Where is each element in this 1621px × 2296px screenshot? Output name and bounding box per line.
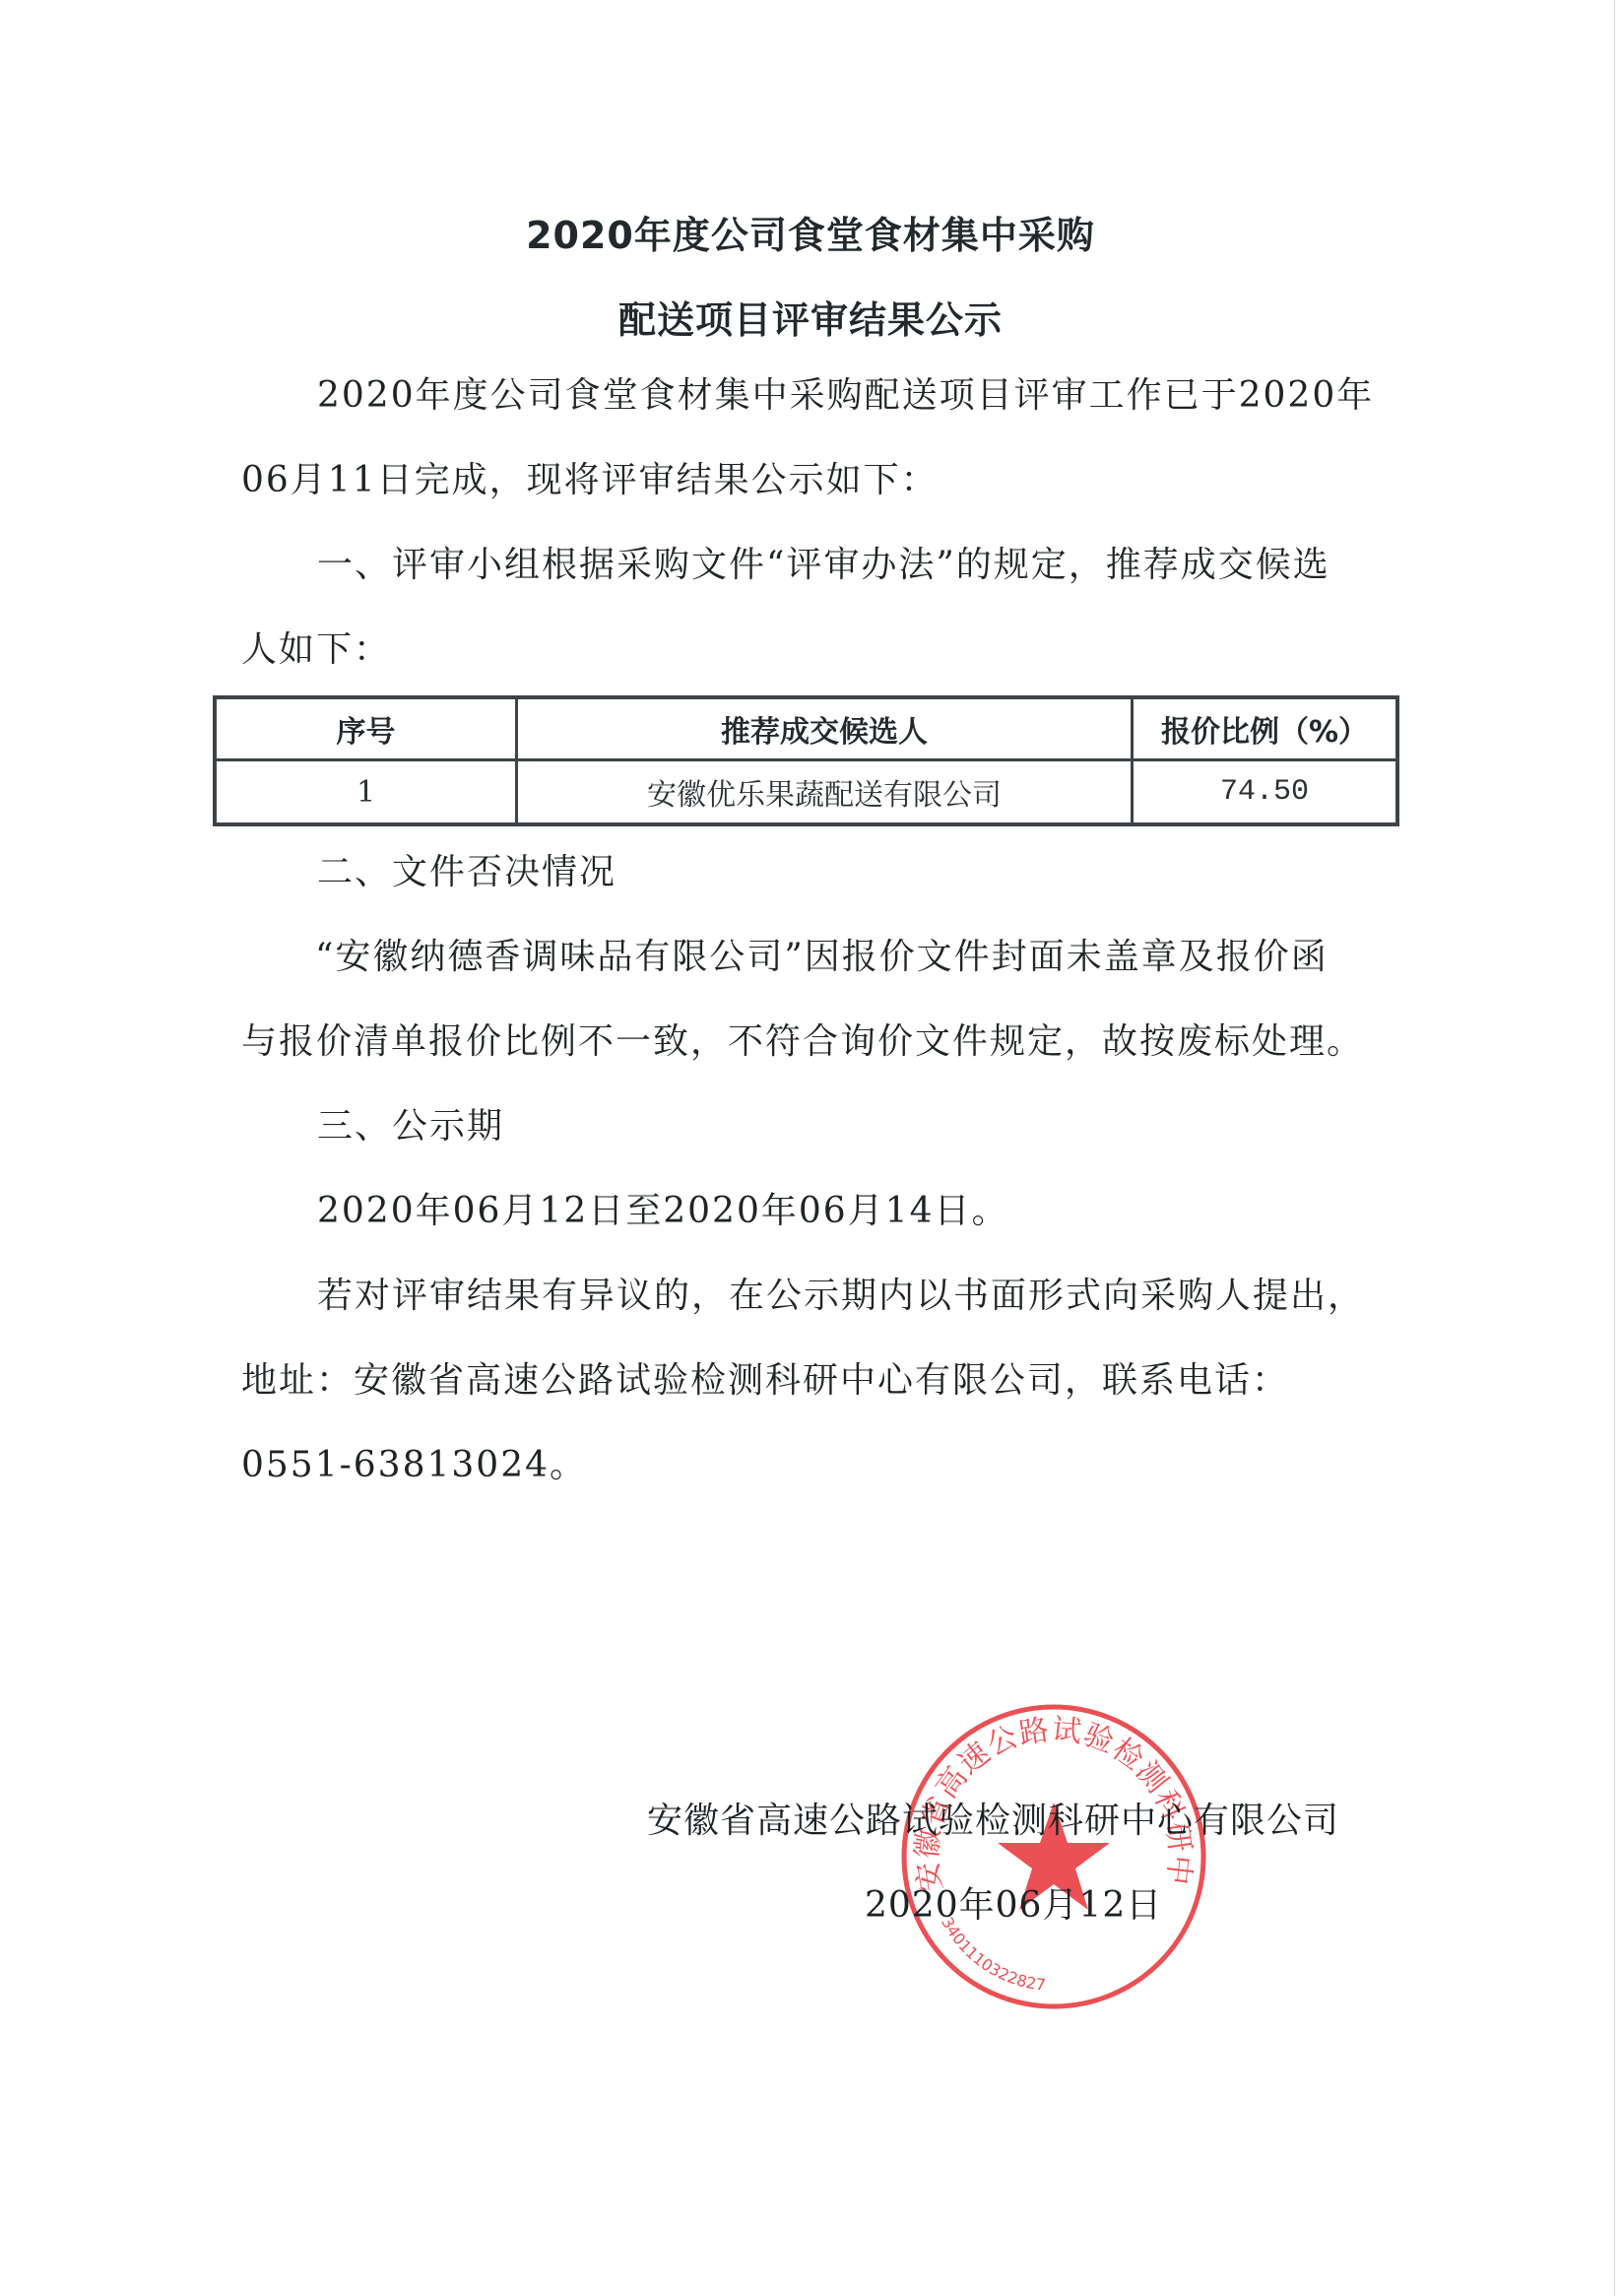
section1-line-1: 一、评审小组根据采购文件“评审办法”的规定，推荐成交候选 <box>317 542 1330 589</box>
intro-line-2: 06月11日完成，现将评审结果公示如下： <box>241 457 939 504</box>
section2-line-1: “安徽纳德香调味品有限公司”因报价文件封面未盖章及报价函 <box>315 934 1329 981</box>
objection-line-1: 若对评审结果有异议的，在公示期内以书面形式向采购人提出， <box>317 1273 1365 1320</box>
title-line-2: 配送项目评审结果公示 <box>0 290 1621 344</box>
cell-quote-ratio: 74.50 <box>1133 760 1398 825</box>
objection-line-2: 地址：安徽省高速公路试验检测科研中心有限公司，联系电话： <box>241 1357 1289 1405</box>
intro-line-1: 2020年度公司食堂食材集中采购配送项目评审工作已于2020年 <box>317 372 1374 420</box>
table-row: 1 安徽优乐果蔬配送有限公司 74.50 <box>215 760 1397 825</box>
objection-line-3: 0551-63813024。 <box>241 1442 587 1489</box>
section3-period: 2020年06月12日至2020年06月14日。 <box>317 1188 1008 1235</box>
candidate-table: 序号 推荐成交候选人 报价比例（%） 1 安徽优乐果蔬配送有限公司 74.50 <box>213 695 1399 826</box>
official-seal-stamp: 安徽省高速公路试验检测科研中心有限公司 3401110322827 <box>898 1701 1209 2012</box>
section1-line-2: 人如下： <box>241 626 391 674</box>
header-candidate: 推荐成交候选人 <box>517 697 1133 760</box>
section2-line-2: 与报价清单报价比例不一致，不符合询价文件规定，故按废标处理。 <box>241 1018 1364 1066</box>
section3-heading: 三、公示期 <box>317 1103 504 1150</box>
cell-serial-number: 1 <box>215 760 517 825</box>
table-header-row: 序号 推荐成交候选人 报价比例（%） <box>215 697 1397 760</box>
section2-heading: 二、文件否决情况 <box>317 849 616 896</box>
scan-page-edge <box>1614 0 1615 2296</box>
signature-organization: 安徽省高速公路试验检测科研中心有限公司 <box>647 1793 1339 1843</box>
header-quote-ratio: 报价比例（%） <box>1133 697 1398 760</box>
title-line-1: 2020年度公司食堂食材集中采购 <box>0 205 1621 259</box>
cell-candidate-name: 安徽优乐果蔬配送有限公司 <box>517 760 1133 825</box>
signature-date: 2020年06月12日 <box>865 1877 1162 1928</box>
header-serial-number: 序号 <box>215 697 517 760</box>
